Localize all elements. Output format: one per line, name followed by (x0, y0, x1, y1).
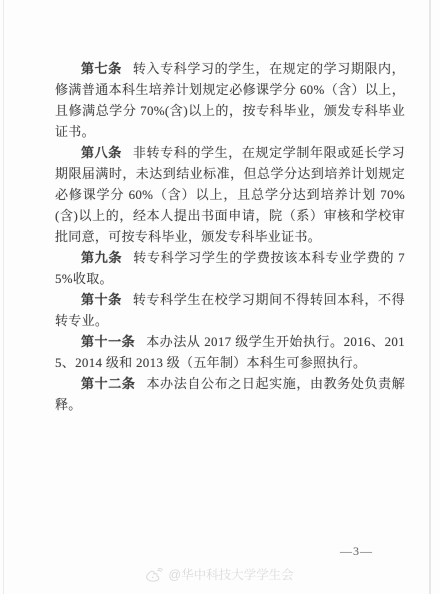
watermark-text: @华中科技大学学生会 (168, 567, 293, 583)
weibo-logo-icon (146, 568, 163, 582)
clause-label: 第十二条 (81, 376, 135, 391)
page-right-edge (429, 0, 431, 594)
clause-label: 第十一条 (81, 334, 135, 349)
clause-paragraph-7: 第七条转入专科学习的学生，在规定的学习期限内，修满普通本科生培养计划规定必修课学… (55, 58, 405, 142)
clause-paragraph-12: 第十二条本办法自公布之日起实施，由教务处负责解释。 (55, 373, 405, 415)
clause-label: 第七条 (81, 61, 122, 76)
clause-paragraph-11: 第十一条本办法从 2017 级学生开始执行。2016、2015、2014 级和 … (55, 331, 405, 373)
watermark: @华中科技大学学生会 (0, 567, 440, 583)
clause-paragraph-8: 第八条非转专科的学生，在规定学制年限或延长学习期限届满时，未达到结业标准，但总学… (55, 142, 405, 247)
clause-label: 第十条 (81, 292, 122, 307)
document-page: 第七条转入专科学习的学生，在规定的学习期限内，修满普通本科生培养计划规定必修课学… (0, 0, 440, 594)
page-left-edge (3, 0, 4, 594)
clause-label: 第九条 (81, 250, 122, 265)
clause-paragraph-9: 第九条转专科学习学生的学费按该本科专业学费的 75%收取。 (55, 247, 405, 289)
clause-label: 第八条 (81, 145, 122, 160)
document-body: 第七条转入专科学习的学生，在规定的学习期限内，修满普通本科生培养计划规定必修课学… (55, 58, 405, 415)
page-number: —3— (340, 544, 373, 558)
clause-paragraph-10: 第十条转专科学生在校学习期间不得转回本科，不得转专业。 (55, 289, 405, 331)
